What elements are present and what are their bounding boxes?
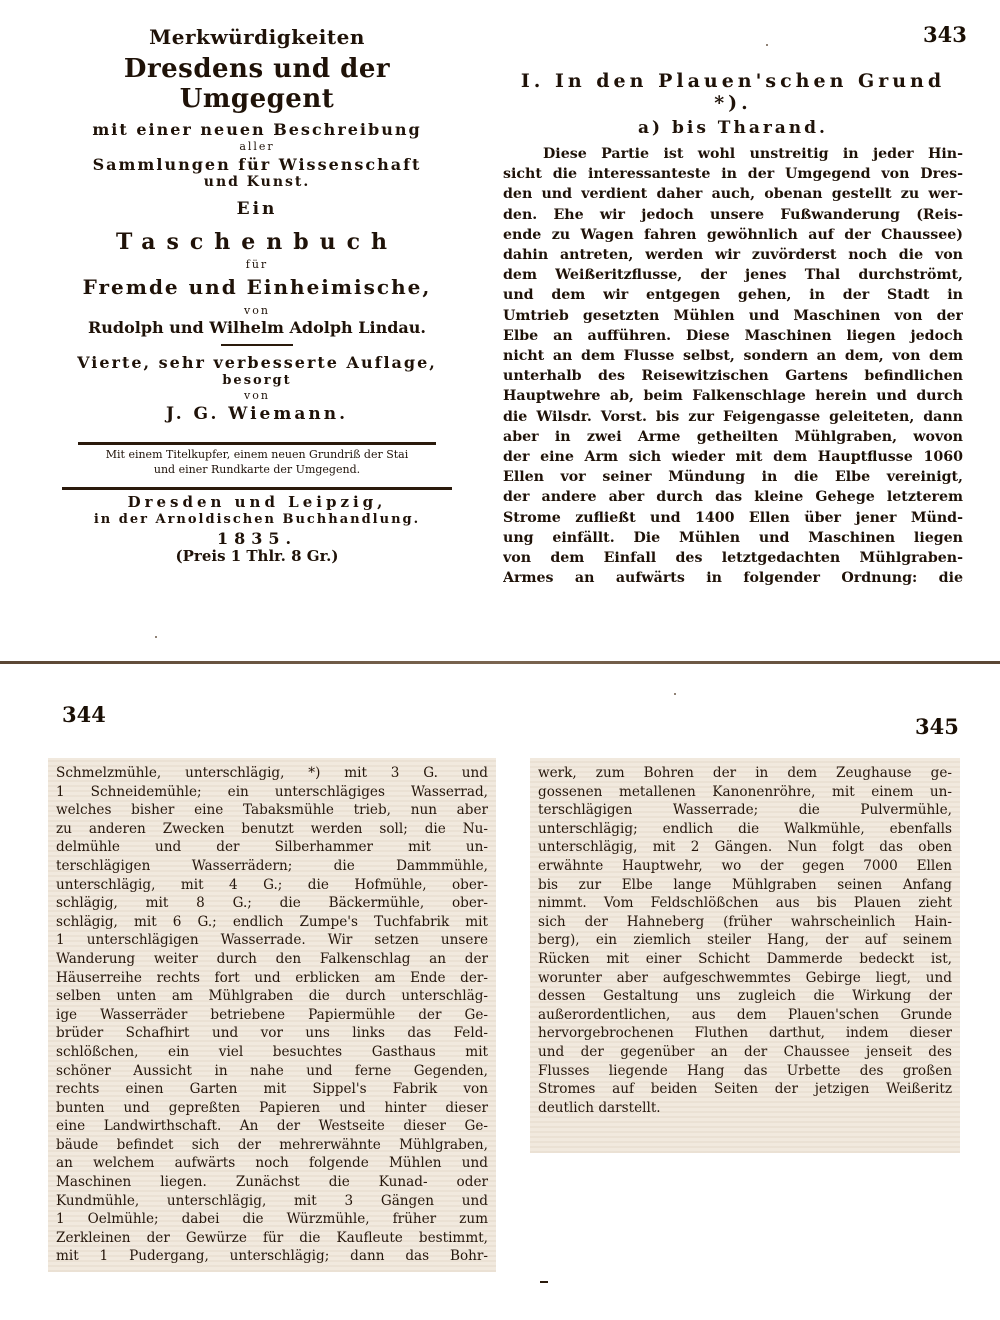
text-line: unterschlägig; endlich die Walkmühle, eb… [538, 820, 952, 839]
text-line: delmühle und der Silberhammer mit un- [56, 838, 488, 857]
scan-speck [155, 636, 157, 638]
text-line: 1 Oelmühle; dabei die Würzmühle, früher … [56, 1210, 488, 1229]
text-line: gossenen metallenen Kanonenröhre, mit ei… [538, 783, 952, 802]
title-price: (Preis 1 Thlr. 8 Gr.) [62, 548, 452, 565]
text-line: und dem wir entgegen gehen, in der Stadt… [503, 285, 963, 305]
title-page: Merkwürdigkeiten Dresdens und der Umgege… [62, 26, 452, 565]
text-line: Umtrieb gesetzten Mühlen und Maschinen v… [503, 306, 963, 326]
top-spread: Merkwürdigkeiten Dresdens und der Umgege… [0, 0, 1000, 662]
text-line: die Wilsdr. Vorst. bis zur Feigengasse g… [503, 407, 963, 427]
title-note-1: Mit einem Titelkupfer, einem neuen Grund… [62, 449, 452, 462]
text-line: der eine Arm sich wieder mit dem Hauptfl… [503, 447, 963, 467]
text-line: sich der Hahneberg (früher wahrscheinlic… [538, 913, 952, 932]
text-line: zu anderen Zwecken benutzt werden soll; … [56, 820, 488, 839]
title-von: von [62, 305, 452, 318]
text-line: unterhalb des Reisewitzischen Gartens be… [503, 366, 963, 386]
text-line: und der gegenüber an der Chaussee jensei… [538, 1043, 952, 1062]
title-fuer: für [62, 259, 452, 272]
text-line: bunten und gepreßten Papieren und hinter… [56, 1099, 488, 1118]
text-line: den und verdient daher auch, obenan gest… [503, 184, 963, 204]
page-number-344: 344 [62, 702, 106, 727]
text-line: schlägig, mit 6 G.; endlich Zumpe's Tuch… [56, 913, 488, 932]
section-subheading: a) bis Tharand. [503, 118, 963, 138]
title-main: Dresdens und der Umgegent [62, 55, 452, 115]
text-line: selben unten am Mühlgraben die durch unt… [56, 987, 488, 1006]
text-line: Wanderung weiter durch den Falkenschlag … [56, 950, 488, 969]
scan-dash-mark [540, 1281, 548, 1283]
text-line: Ellen vor seiner Mündung in die Elbe ver… [503, 467, 963, 487]
text-line: Flusses liegende Hang das Urbette des gr… [538, 1062, 952, 1081]
title-place: Dresden und Leipzig, [62, 494, 452, 511]
title-besorgt: besorgt [62, 374, 452, 389]
title-editor: J. G. Wiemann. [62, 405, 452, 425]
title-year: 1835. [62, 530, 452, 548]
title-taschenbuch: Taschenbuch [62, 230, 452, 255]
page-number-343: 343 [923, 22, 967, 47]
title-ein: Ein [62, 200, 452, 220]
text-line: sicht die interessanteste in der Umgegen… [503, 164, 963, 184]
text-line: 1 unterschlägigen Wasserrade. Wir setzen… [56, 931, 488, 950]
text-line: Häuserreihe rechts fort und erblicken am… [56, 969, 488, 988]
text-line: außerordentlichen, aus dem Plauen'schen … [538, 1006, 952, 1025]
text-line: den. Ehe wir jedoch unsere Fußwanderung … [503, 205, 963, 225]
text-line: dessen Gestaltung uns zugleich die Wirku… [538, 987, 952, 1006]
text-line: 1 Schneidemühle; ein unterschlägiges Was… [56, 783, 488, 802]
title-publisher: in der Arnoldischen Buchhandlung. [62, 513, 452, 528]
page-number-345: 345 [915, 714, 959, 739]
text-line: berg), ein ziemlich steiler Hang, der au… [538, 931, 952, 950]
text-line: Stromes auf beiden Seiten der jetzigen W… [538, 1080, 952, 1099]
text-line: Zerkleinen der Gewürze für die Kaufleute… [56, 1229, 488, 1248]
long-rule-bottom [62, 487, 452, 490]
text-line: schlägig, mit 8 G.; die Bäckermühle, obe… [56, 894, 488, 913]
title-subtitle: mit einer neuen Beschreibung [62, 121, 452, 139]
scan-speck [766, 44, 768, 46]
text-line: unterschlägig, mit 2 Gängen. Nun folgt d… [538, 838, 952, 857]
title-authors: Rudolph und Wilhelm Adolph Lindau. [62, 319, 452, 337]
text-line: schöner Aussicht in nahe und ferne Gegen… [56, 1062, 488, 1081]
text-line: nicht an dem Flusse selbst, sondern an d… [503, 346, 963, 366]
text-line: schlößchen, ein viel besuchtes Gasthaus … [56, 1043, 488, 1062]
text-line: Armes an aufwärts in folgender Ordnung: … [503, 568, 963, 588]
title-edition: Vierte, sehr verbesserte Auflage, [62, 354, 452, 372]
text-line: Maschinen liegen. Zunächst die Kunad- od… [56, 1173, 488, 1192]
title-note-2: und einer Rundkarte der Umgegend. [62, 464, 452, 477]
title-sammlungen: Sammlungen für Wissenschaft [62, 156, 452, 174]
text-line: von dem Einfall des letztgedachten Mühlg… [503, 548, 963, 568]
text-line: Kundmühle, unterschlägig, mit 3 Gängen u… [56, 1192, 488, 1211]
bottom-spread: 344 Schmelzmühle, unterschlägig, *) mit … [0, 664, 1000, 1320]
page-344-text: Schmelzmühle, unterschlägig, *) mit 3 G.… [48, 758, 496, 1272]
page-343-text: I. In den Plauen'schen Grund *). a) bis … [503, 70, 963, 588]
text-line: terschlägigen Wasserrädern; die Dammmühl… [56, 857, 488, 876]
text-line: deutlich darstellt. [538, 1099, 952, 1118]
text-line: bis zur Elbe lange Mühlgraben seinen Anf… [538, 876, 952, 895]
text-line: nimmt. Vom Feldschlößchen aus bis Plauen… [538, 894, 952, 913]
text-line: unterschlägig, mit 4 G.; die Hofmühle, o… [56, 876, 488, 895]
text-line: hervorgebrochenen Fluthen darthut, indem… [538, 1024, 952, 1043]
text-line: Diese Partie ist wohl unstreitig in jede… [503, 144, 963, 164]
text-line: dahin antreten, werden wir zuvörderst no… [503, 245, 963, 265]
text-line: brüder Schafhirt und vor uns links das F… [56, 1024, 488, 1043]
text-line: welches bisher eine Tabaksmühle trieb, n… [56, 801, 488, 820]
title-von-2: von [62, 390, 452, 403]
page-345-text: werk, zum Bohren der in dem Zeughause ge… [530, 758, 960, 1153]
text-line: aber in zwei Arme getheilten Mühlgraben,… [503, 427, 963, 447]
text-line: an welchem aufwärts noch folgende Mühlen… [56, 1154, 488, 1173]
text-line: ige Wasserräder betriebene Papiermühle d… [56, 1006, 488, 1025]
text-line: ung einfällt. Die Mühlen und Maschinen l… [503, 528, 963, 548]
text-line: terschlägigen Wasserrade; die Pulvermühl… [538, 801, 952, 820]
text-line: Schmelzmühle, unterschlägig, *) mit 3 G.… [56, 764, 488, 783]
text-line: rechts einen Garten mit Sippel's Fabrik … [56, 1080, 488, 1099]
text-line: erwähnte Hauptwehr, wo der gegen 7000 El… [538, 857, 952, 876]
title-und-kunst: und Kunst. [62, 174, 452, 190]
title-audience: Fremde und Einheimische, [62, 276, 452, 299]
page-344-scan: Schmelzmühle, unterschlägig, *) mit 3 G.… [48, 758, 496, 1272]
scan-blank-area [538, 1117, 952, 1147]
text-line: Hauptwehre ab, beim Falkenschlage herein… [503, 386, 963, 406]
text-line: der andere aber durch das kleine Gehege … [503, 487, 963, 507]
text-line: Strome zufließt und 1400 Ellen über jene… [503, 508, 963, 528]
text-line: worunter aber aufgeschwemmtes Gebirge li… [538, 969, 952, 988]
text-line: Elbe an aufführen. Diese Maschinen liege… [503, 326, 963, 346]
text-line: werk, zum Bohren der in dem Zeughause ge… [538, 764, 952, 783]
page-345-scan: werk, zum Bohren der in dem Zeughause ge… [530, 758, 960, 1153]
text-line: ende zu Wagen fahren gewöhnlich auf der … [503, 225, 963, 245]
text-line: dem Weißeritzflusse, der jenes Thal durc… [503, 265, 963, 285]
title-aller: aller [62, 141, 452, 154]
long-rule-top [78, 442, 437, 445]
text-line: mit 1 Pudergang, unterschlägig; dann das… [56, 1247, 488, 1266]
text-line: Rücken mit einer Schicht Dammerde bedeck… [538, 950, 952, 969]
scan-speck [674, 693, 676, 695]
section-heading: I. In den Plauen'schen Grund *). [503, 70, 963, 114]
text-line: bäude befindet sich der mehrerwähnte Müh… [56, 1136, 488, 1155]
short-rule [221, 344, 293, 346]
title-line-merkwuerdigkeiten: Merkwürdigkeiten [62, 26, 452, 49]
text-line: eine Landwirthschaft. An der Westseite d… [56, 1117, 488, 1136]
